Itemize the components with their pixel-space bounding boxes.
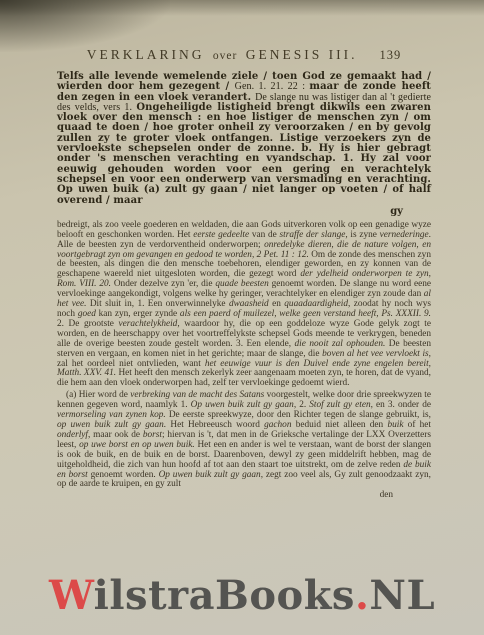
watermark-ilstrabooks: ilstraBooks [94, 572, 355, 619]
header-connector: over [213, 50, 237, 62]
book-page-scan: VERKLARING over GENESIS III. 139 Telfs a… [0, 0, 484, 635]
wilstrabooks-watermark: WilstraBooks.NL [0, 572, 484, 619]
watermark-nl: NL [369, 572, 435, 619]
commentary-paragraph-2: (a) Hier word de verbreking van de macht… [57, 391, 431, 490]
header-title-group: VERKLARING over GENESIS III. [87, 47, 358, 63]
page-corner-shadow [0, 0, 170, 52]
watermark-letter-w: W [49, 572, 94, 619]
catchword-gy: gy [57, 207, 431, 217]
watermark-dot: . [355, 572, 369, 619]
header-title: VERKLARING [87, 47, 205, 62]
header-book: GENESIS III. [246, 47, 358, 62]
main-text-paragraph: Telfs alle levende wemelende ziele / toe… [57, 72, 431, 206]
page-content: VERKLARING over GENESIS III. 139 Telfs a… [57, 47, 431, 500]
commentary-paragraph-1: bedreigt, als zoo veele goederen en weld… [57, 221, 431, 389]
catchword-den: den [57, 490, 431, 500]
page-number: 139 [379, 48, 401, 63]
running-header: VERKLARING over GENESIS III. 139 [57, 47, 431, 63]
